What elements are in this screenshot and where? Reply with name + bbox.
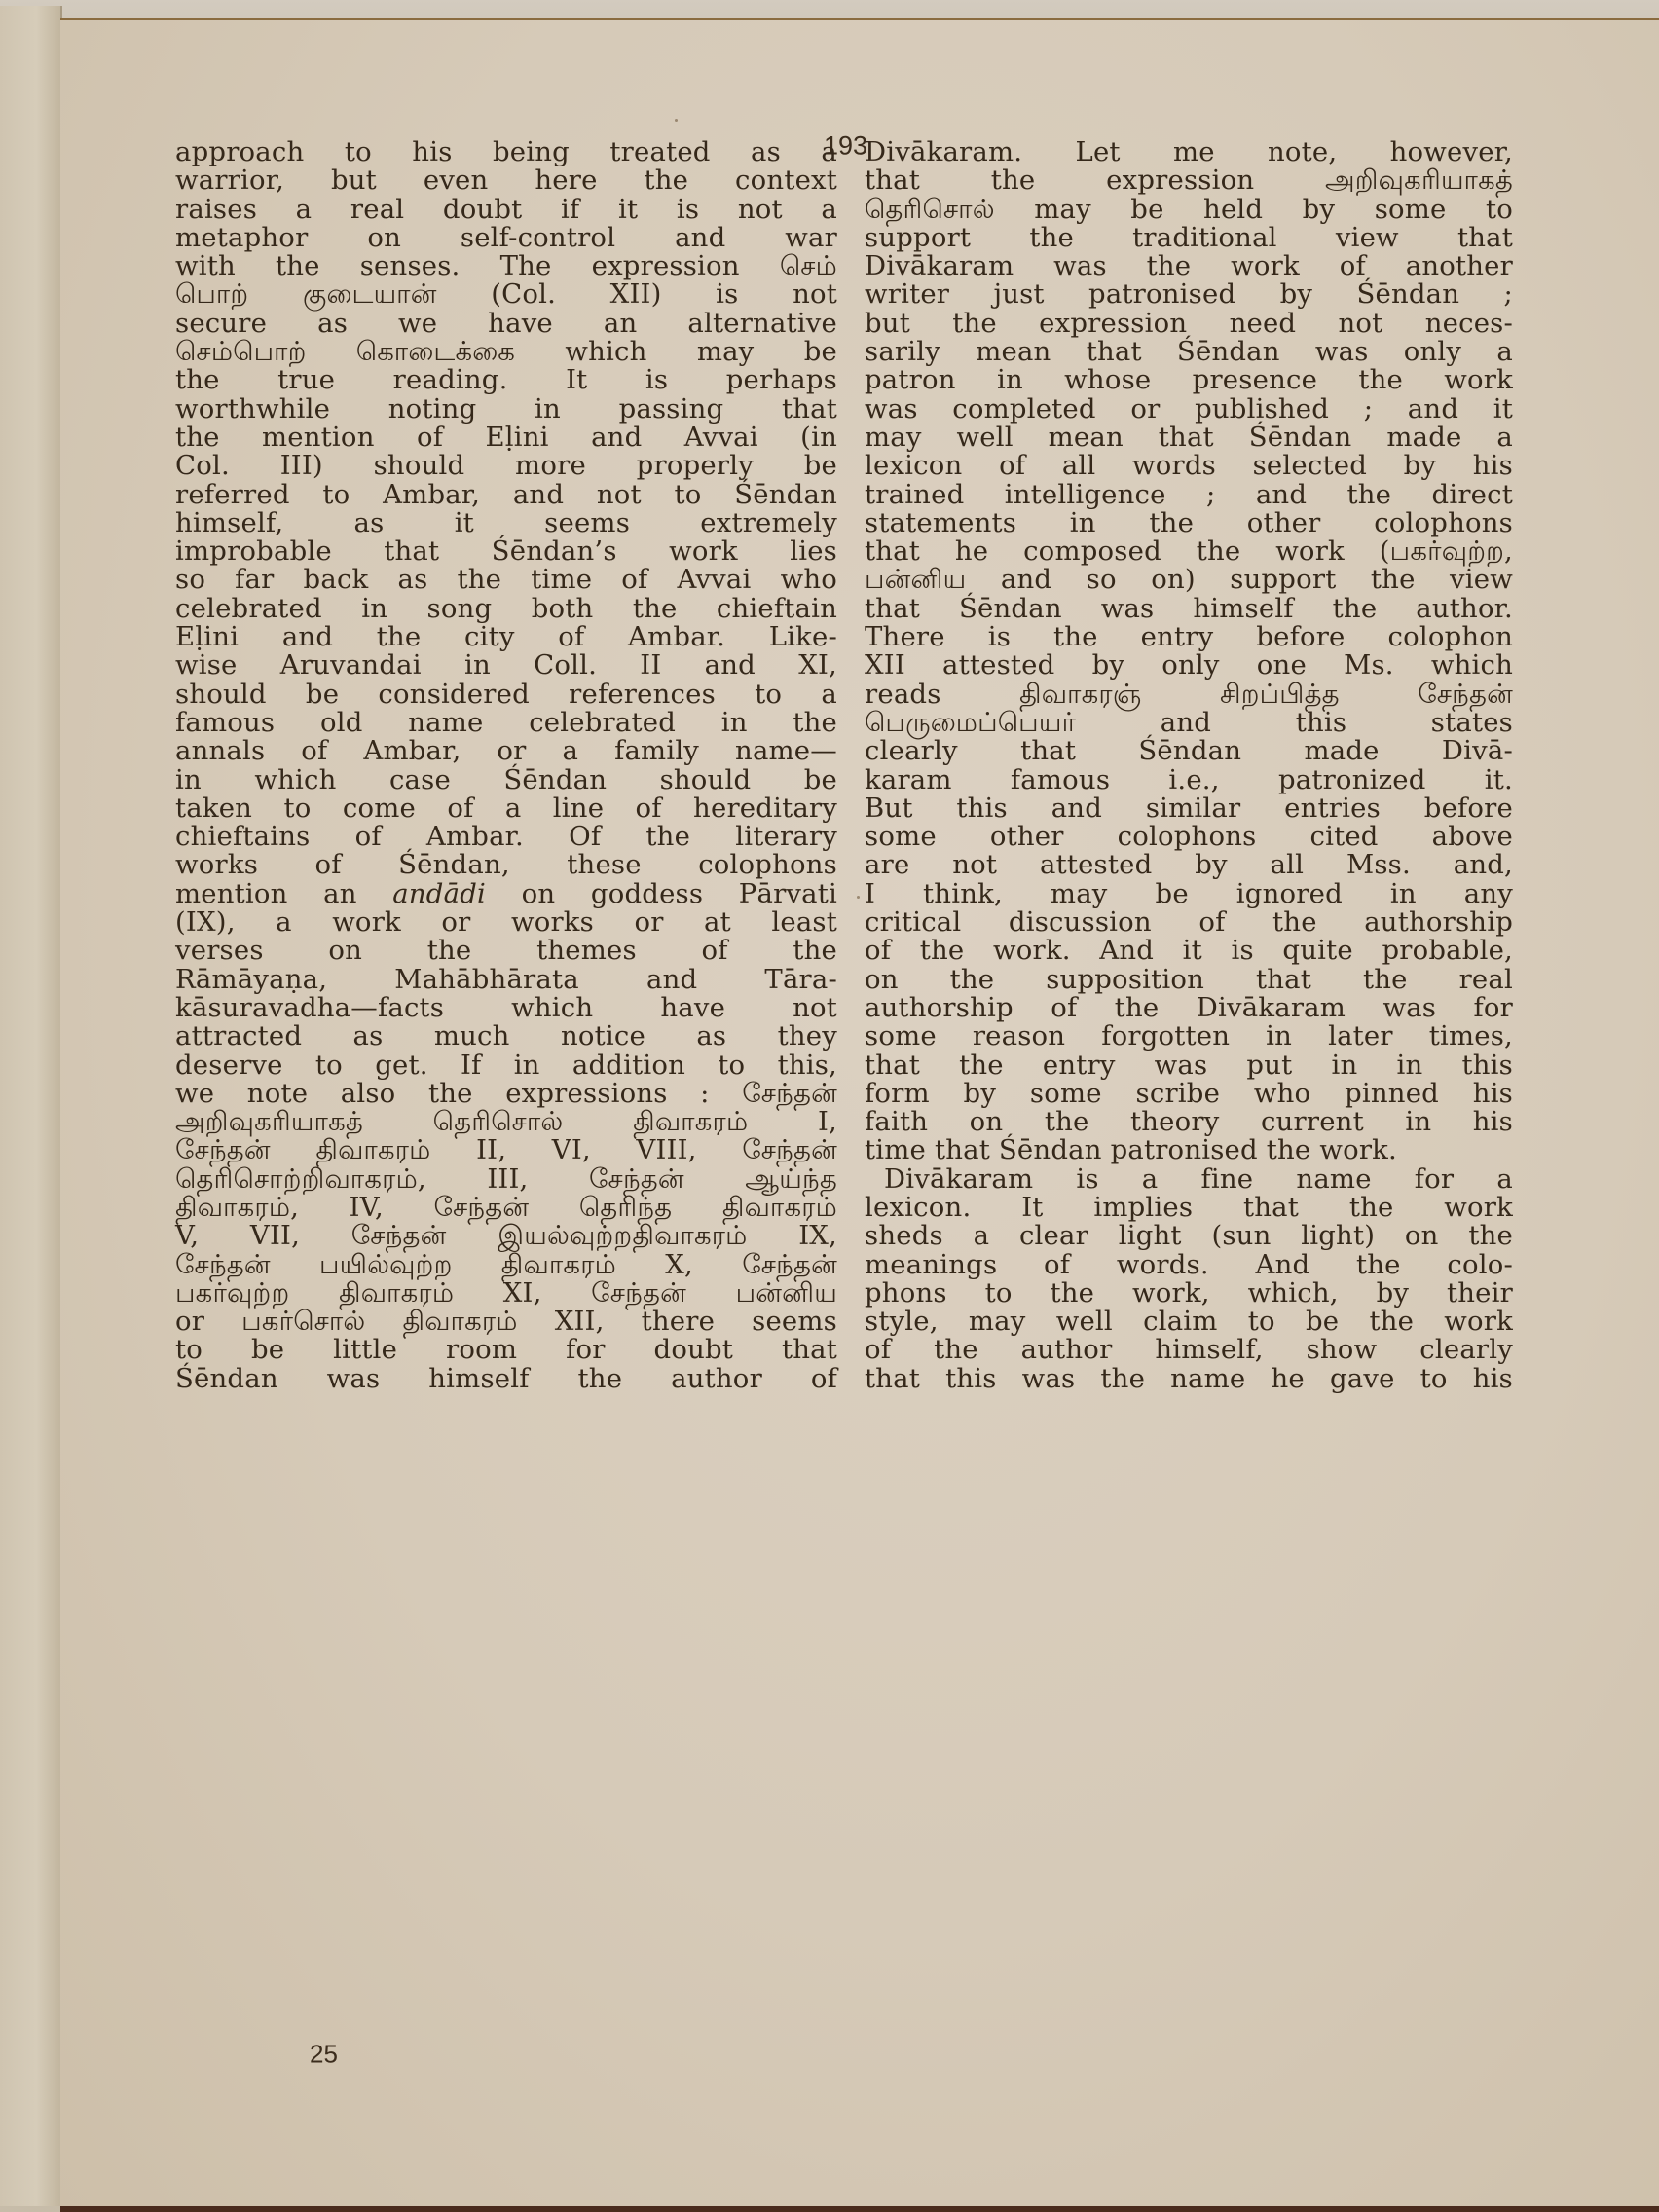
text-line: Śēndan was himself the author of [175, 1365, 837, 1393]
text-line: works of Śēndan, these colophons [175, 851, 837, 879]
text-line: famous old name celebrated in the [175, 709, 837, 737]
text-line: lexicon. It implies that the work [865, 1194, 1513, 1222]
text-line: metaphor on self-control and war [175, 224, 837, 252]
text-line: critical discussion of the authorship [865, 908, 1513, 937]
text-line: that the expression அறிவுகரியாகத் [865, 166, 1513, 195]
text-line: that he composed the work (பகர்வுற்ற, [865, 537, 1513, 566]
text-line: referred to Ambar, and not to Śēndan [175, 481, 837, 509]
text-line: or பகர்சொல் திவாகரம் XII, there seems [175, 1308, 837, 1336]
text-line: himself, as it seems extremely [175, 509, 837, 537]
text-line: பொற் குடையான் (Col. XII) is not [175, 280, 837, 309]
text-line: in which case Śēndan should be [175, 766, 837, 794]
text-line: on the supposition that the real [865, 966, 1513, 994]
text-line: Divākaram is a fine name for a [865, 1165, 1513, 1194]
text-line: some other colophons cited above [865, 823, 1513, 851]
text-line: திவாகரம், IV, சேந்தன் தெரிந்த திவாகரம் [175, 1194, 837, 1222]
text-line: karam famous i.e., patronized it. [865, 766, 1513, 794]
text-line: wise Aruvandai in Coll. II and XI, [175, 651, 837, 680]
text-line: support the traditional view that [865, 224, 1513, 252]
signature-mark: 25 [310, 2040, 338, 2070]
text-line: பகர்வுற்ற திவாகரம் XI, சேந்தன் பன்னிய [175, 1279, 837, 1308]
text-line: clearly that Śēndan made Divā- [865, 737, 1513, 765]
text-line: faith on the theory current in his [865, 1108, 1513, 1136]
text-line: are not attested by all Mss. and, [865, 851, 1513, 879]
text-line: Eḷini and the city of Ambar. Like- [175, 623, 837, 651]
text-line: Divākaram. Let me note, however, [865, 138, 1513, 166]
text-line: சேந்தன் பயில்வுற்ற திவாகரம் X, சேந்தன் [175, 1251, 837, 1279]
text-line: meanings of words. And the colo- [865, 1251, 1513, 1279]
paper-speck [857, 896, 860, 899]
text-line: authorship of the Divākaram was for [865, 994, 1513, 1022]
text-line: time that Śēndan patronised the work. [865, 1136, 1513, 1164]
text-line: that this was the name he gave to his [865, 1365, 1513, 1393]
text-line: Col. III) should more properly be [175, 452, 837, 480]
text-line: XII attested by only one Ms. which [865, 651, 1513, 680]
text-line: form by some scribe who pinned his [865, 1080, 1513, 1108]
text-line: I think, may be ignored in any [865, 880, 1513, 908]
text-line: (IX), a work or works or at least [175, 908, 837, 937]
text-line: of the work. And it is quite probable, [865, 937, 1513, 965]
text-line: lexicon of all words selected by his [865, 452, 1513, 480]
text-line: phons to the work, which, by their [865, 1279, 1513, 1308]
text-line: அறிவுகரியாகத் தெரிசொல் திவாகரம் I, [175, 1108, 837, 1136]
text-line: Divākaram was the work of another [865, 252, 1513, 280]
text-line: தெரிசொற்றிவாகரம், III, சேந்தன் ஆய்ந்த [175, 1165, 837, 1194]
text-line: style, may well claim to be the work [865, 1308, 1513, 1336]
text-line: but the expression need not neces- [865, 310, 1513, 338]
text-line: raises a real doubt if it is not a [175, 196, 837, 224]
text-line: to be little room for doubt that [175, 1336, 837, 1364]
text-line: annals of Ambar, or a family name— [175, 737, 837, 765]
text-line: There is the entry before colophon [865, 623, 1513, 651]
text-line: patron in whose presence the work [865, 366, 1513, 394]
text-line: taken to come of a line of hereditary [175, 794, 837, 823]
text-line: mention an andādi on goddess Pārvati [175, 880, 837, 908]
paper-speck [675, 119, 678, 122]
right-text-column: Divākaram. Let me note, however,that the… [865, 138, 1513, 1393]
italic-term: andādi [392, 878, 486, 909]
text-line: of the author himself, show clearly [865, 1336, 1513, 1364]
text-line: warrior, but even here the context [175, 166, 837, 195]
text-line: worthwhile noting in passing that [175, 395, 837, 424]
text-line: that the entry was put in in this [865, 1051, 1513, 1080]
text-line: may well mean that Śēndan made a [865, 424, 1513, 452]
text-line: But this and similar entries before [865, 794, 1513, 823]
text-line: kāsuravadha—facts which have not [175, 994, 837, 1022]
text-line: chieftains of Ambar. Of the literary [175, 823, 837, 851]
text-line: should be considered references to a [175, 681, 837, 709]
text-line: the true reading. It is perhaps [175, 366, 837, 394]
text-line: பெருமைப்பெயர் and this states [865, 709, 1513, 737]
page-bottom-edge [60, 2206, 1659, 2212]
text-line: improbable that Śēndan’s work lies [175, 537, 837, 566]
text-line: celebrated in song both the chieftain [175, 595, 837, 623]
text-line: reads திவாகரஞ் சிறப்பித்த சேந்தன் [865, 681, 1513, 709]
text-line: the mention of Eḷini and Avvai (in [175, 424, 837, 452]
text-line: was completed or published ; and it [865, 395, 1513, 424]
text-line: trained intelligence ; and the direct [865, 481, 1513, 509]
text-line: verses on the themes of the [175, 937, 837, 965]
text-line: we note also the expressions : சேந்தன் [175, 1080, 837, 1108]
text-line: statements in the other colophons [865, 509, 1513, 537]
text-line: that Śēndan was himself the author. [865, 595, 1513, 623]
text-line: sheds a clear light (sun light) on the [865, 1222, 1513, 1250]
text-line: deserve to get. If in addition to this, [175, 1051, 837, 1080]
text-line: Rāmāyaṇa, Mahābhārata and Tāra- [175, 966, 837, 994]
left-text-column: approach to his being treated as awarrio… [175, 138, 837, 1393]
text-line: so far back as the time of Avvai who [175, 566, 837, 594]
text-line: some reason forgotten in later times, [865, 1022, 1513, 1051]
facing-page-edge [0, 6, 62, 2206]
text-line: sarily mean that Śēndan was only a [865, 338, 1513, 366]
text-line: V, VII, சேந்தன் இயல்வுற்றதிவாகரம் IX, [175, 1222, 837, 1250]
text-line: செம்பொற் கொடைக்கை which may be [175, 338, 837, 366]
text-line: தெரிசொல் may be held by some to [865, 196, 1513, 224]
text-line: பன்னிய and so on) support the view [865, 566, 1513, 594]
text-line: with the senses. The expression செம் [175, 252, 837, 280]
text-line: approach to his being treated as a [175, 138, 837, 166]
text-line: writer just patronised by Śēndan ; [865, 280, 1513, 309]
text-line: attracted as much notice as they [175, 1022, 837, 1051]
text-line: secure as we have an alternative [175, 310, 837, 338]
text-line: சேந்தன் திவாகரம் II, VI, VIII, சேந்தன் [175, 1136, 837, 1164]
